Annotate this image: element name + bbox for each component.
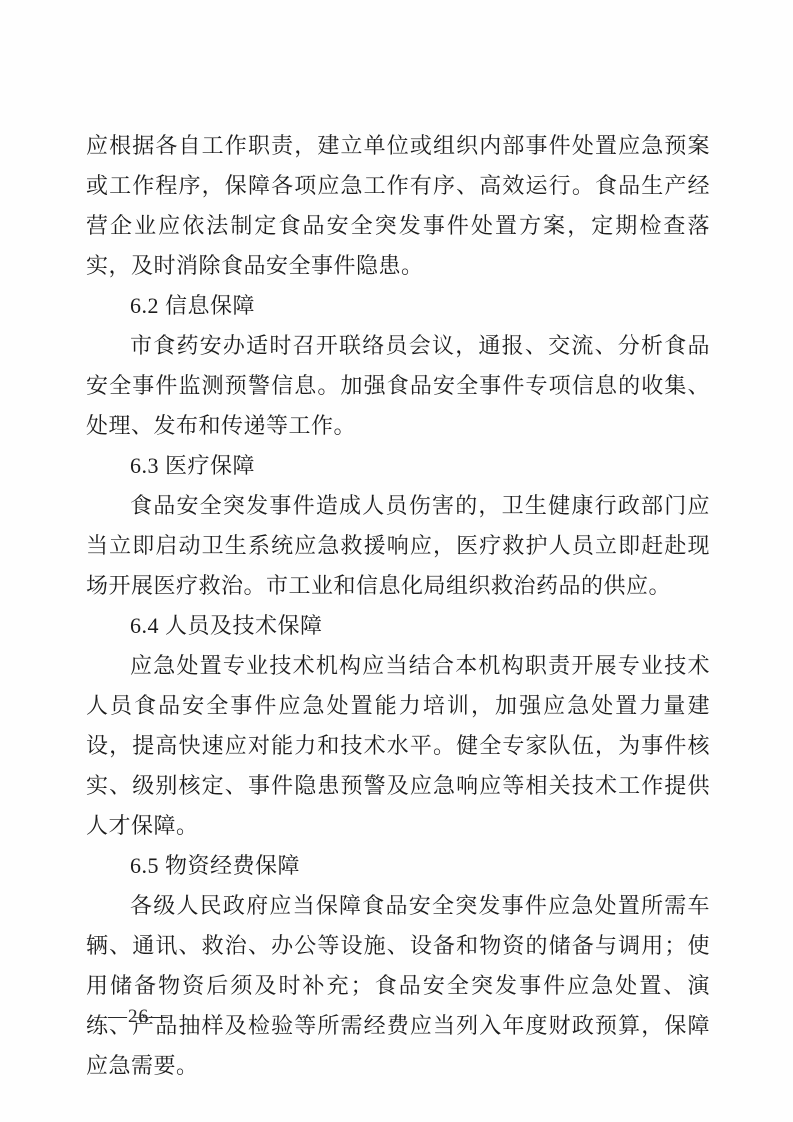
document-page: 应根据各自工作职责，建立单位或组织内部事件处置应急预案或工作程序，保障各项应急工… <box>0 0 793 1122</box>
paragraph-6-2: 市食药安办适时召开联络员会议，通报、交流、分析食品安全事件监测预警信息。加强食品… <box>86 326 710 446</box>
section-heading-6-3: 6.3 医疗保障 <box>86 446 710 486</box>
paragraph-continuation: 应根据各自工作职责，建立单位或组织内部事件处置应急预案或工作程序，保障各项应急工… <box>86 126 710 286</box>
page-number: —26— <box>108 1002 169 1032</box>
section-heading-6-5: 6.5 物资经费保障 <box>86 846 710 886</box>
document-body: 应根据各自工作职责，建立单位或组织内部事件处置应急预案或工作程序，保障各项应急工… <box>86 126 710 1086</box>
paragraph-6-4: 应急处置专业技术机构应当结合本机构职责开展专业技术人员食品安全事件应急处置能力培… <box>86 646 710 846</box>
paragraph-6-3: 食品安全突发事件造成人员伤害的，卫生健康行政部门应当立即启动卫生系统应急救援响应… <box>86 486 710 606</box>
section-heading-6-2: 6.2 信息保障 <box>86 286 710 326</box>
section-heading-6-4: 6.4 人员及技术保障 <box>86 606 710 646</box>
paragraph-6-5: 各级人民政府应当保障食品安全突发事件应急处置所需车辆、通讯、救治、办公等设施、设… <box>86 886 710 1086</box>
